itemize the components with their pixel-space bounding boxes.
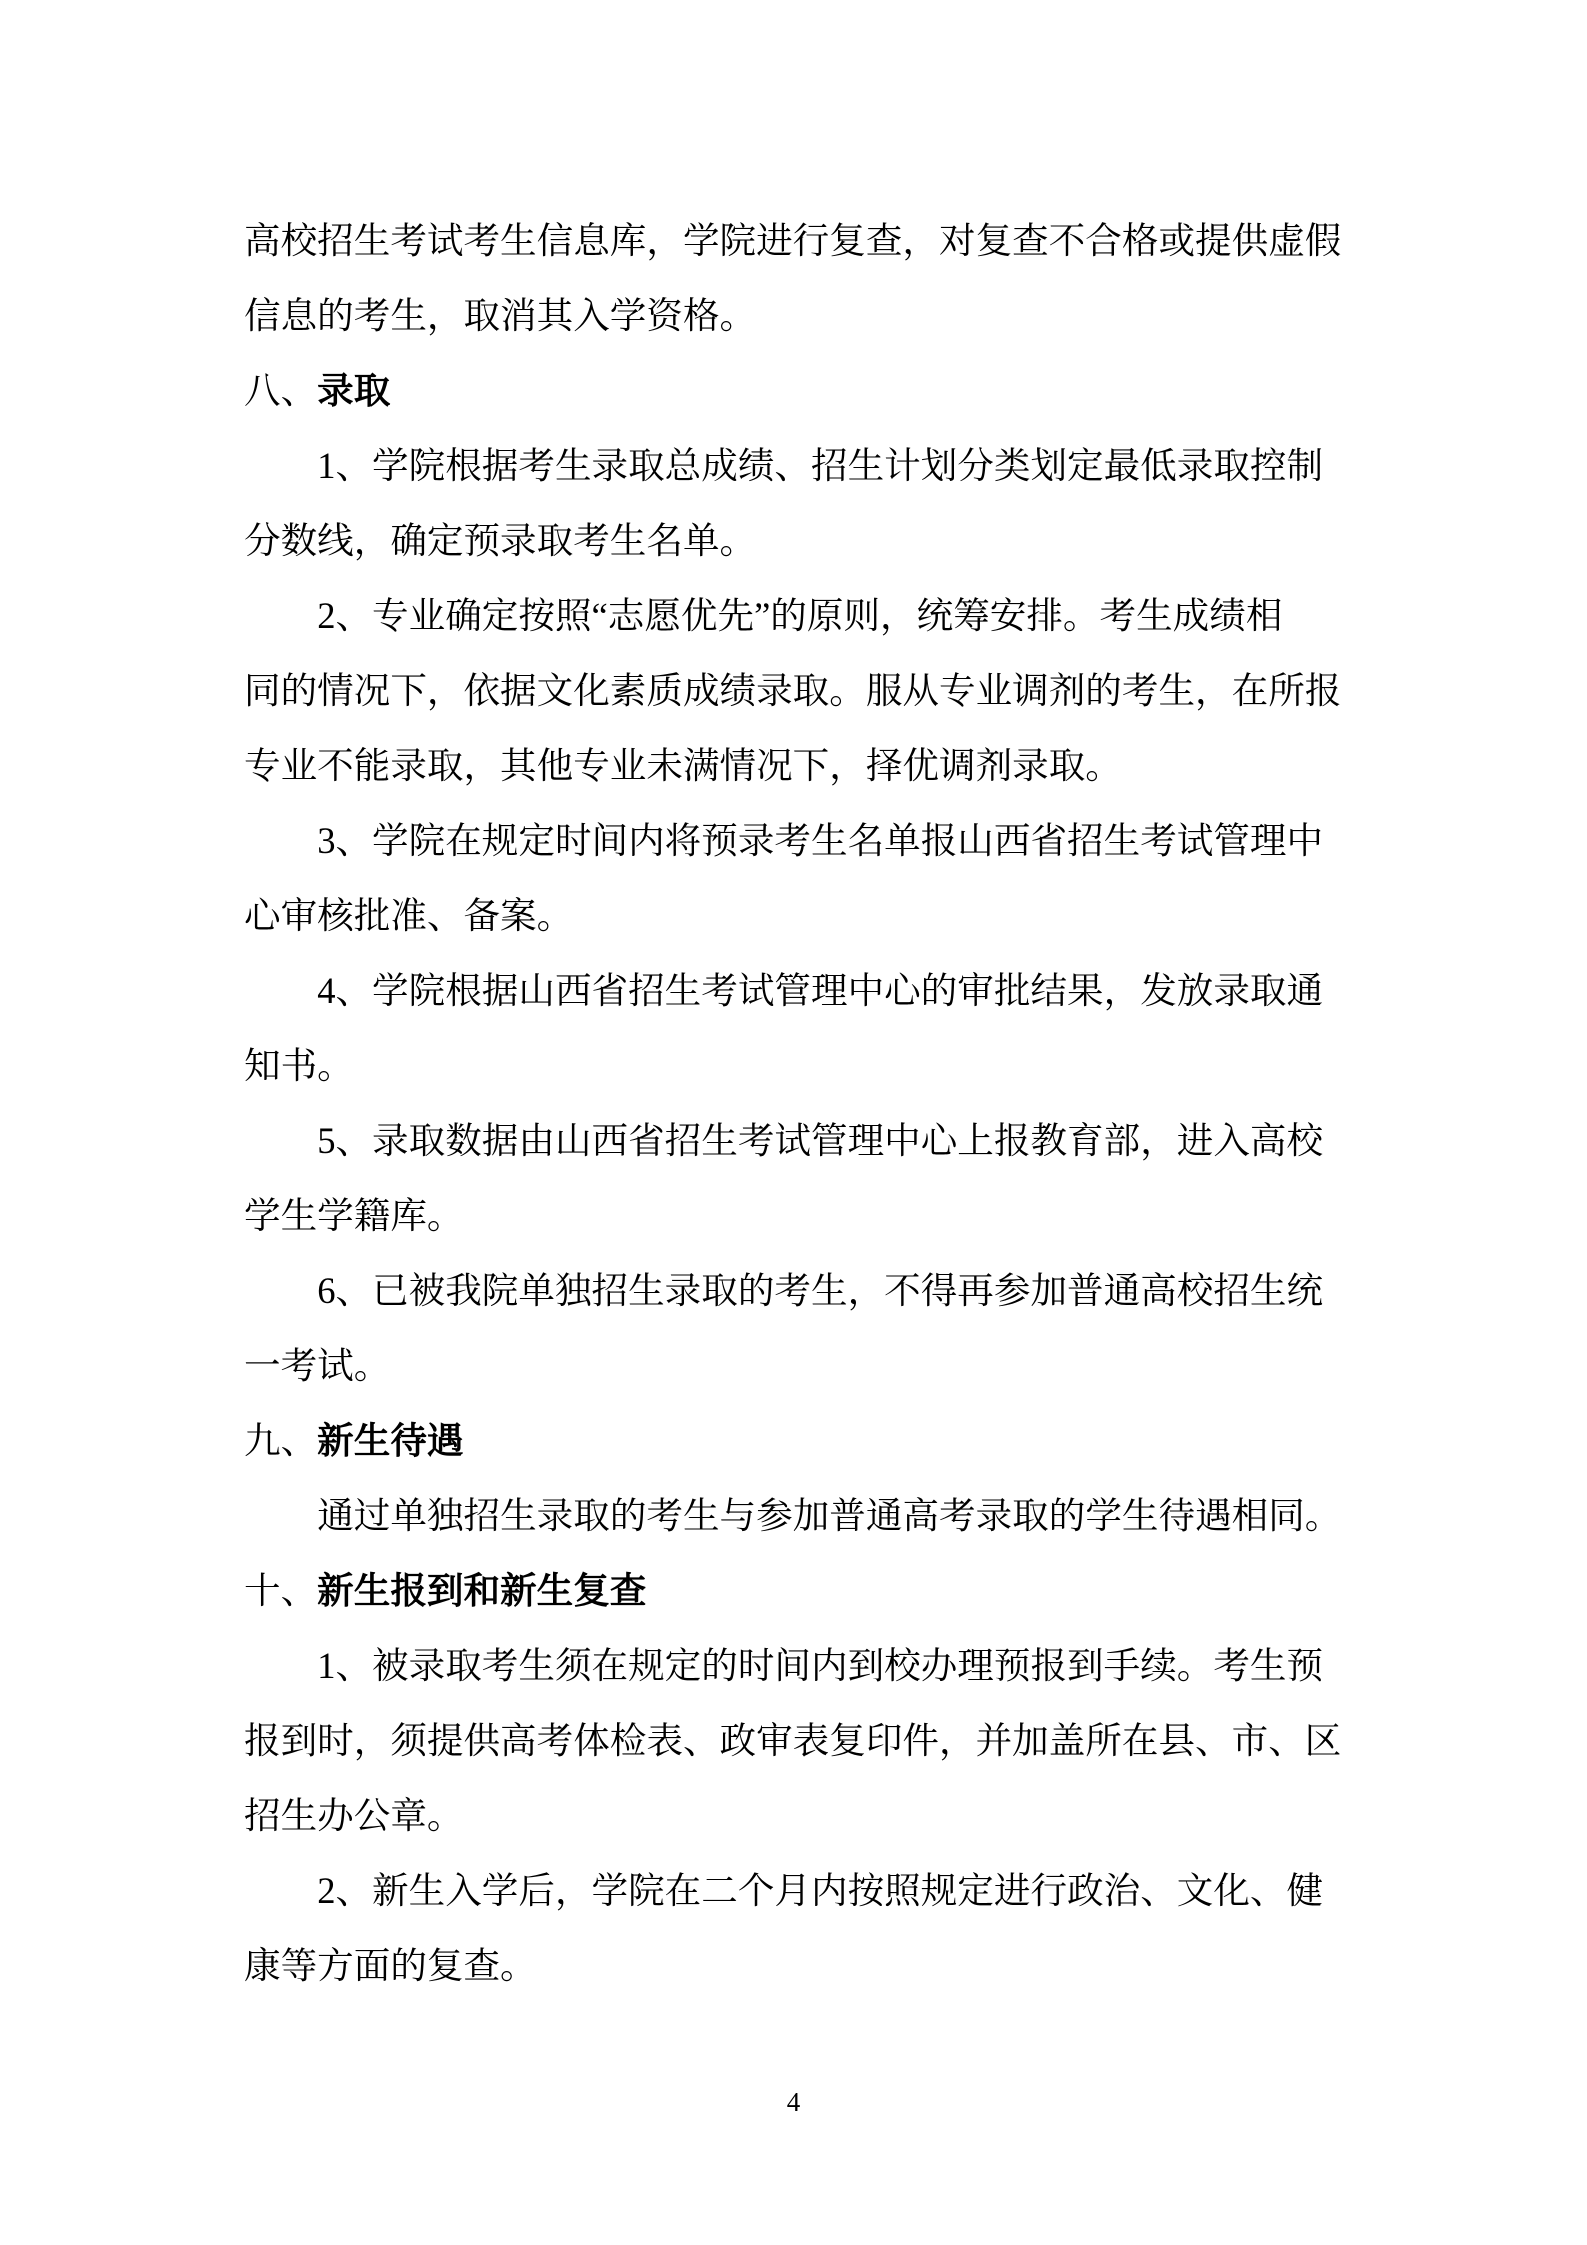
text-line: 1、被录取考生须在规定的时间内到校办理预报到手续。考生预 (244, 1628, 1344, 1703)
paragraph: 高校招生考试考生信息库，学院进行复查，对复查不合格或提供虚假信息的考生，取消其入… (244, 203, 1344, 353)
paragraph: 1、学院根据考生录取总成绩、招生计划分类划定最低录取控制分数线，确定预录取考生名… (244, 428, 1344, 578)
text-line: 分数线，确定预录取考生名单。 (244, 503, 1344, 578)
paragraph: 2、专业确定按照“志愿优先”的原则，统筹安排。考生成绩相同的情况下，依据文化素质… (244, 578, 1344, 803)
text-line: 信息的考生，取消其入学资格。 (244, 278, 1344, 353)
text-line: 招生办公章。 (244, 1778, 1344, 1853)
text-line: 报到时，须提供高考体检表、政审表复印件，并加盖所在县、市、区 (244, 1703, 1344, 1778)
text-line: 知书。 (244, 1028, 1344, 1103)
page-number: 4 (787, 2087, 801, 2117)
text-line: 高校招生考试考生信息库，学院进行复查，对复查不合格或提供虚假 (244, 203, 1344, 278)
heading-title: 新生报到和新生复查 (317, 1570, 646, 1611)
paragraph: 通过单独招生录取的考生与参加普通高考录取的学生待遇相同。 (244, 1478, 1344, 1553)
paragraph: 3、学院在规定时间内将预录考生名单报山西省招生考试管理中心审核批准、备案。 (244, 803, 1344, 953)
text-line: 4、学院根据山西省招生考试管理中心的审批结果，发放录取通 (244, 953, 1344, 1028)
text-line: 2、新生入学后，学院在二个月内按照规定进行政治、文化、健 (244, 1853, 1344, 1928)
text-line: 专业不能录取，其他专业未满情况下，择优调剂录取。 (244, 728, 1344, 803)
heading-number: 九、 (244, 1420, 317, 1461)
paragraph: 1、被录取考生须在规定的时间内到校办理预报到手续。考生预报到时，须提供高考体检表… (244, 1628, 1344, 1853)
section-heading: 九、新生待遇 (244, 1403, 1344, 1478)
paragraph: 5、录取数据由山西省招生考试管理中心上报教育部，进入高校学生学籍库。 (244, 1103, 1344, 1253)
heading-number: 十、 (244, 1570, 317, 1611)
text-line: 心审核批准、备案。 (244, 878, 1344, 953)
text-line: 2、专业确定按照“志愿优先”的原则，统筹安排。考生成绩相 (244, 578, 1344, 653)
paragraph: 4、学院根据山西省招生考试管理中心的审批结果，发放录取通知书。 (244, 953, 1344, 1103)
text-line: 同的情况下，依据文化素质成绩录取。服从专业调剂的考生，在所报 (244, 653, 1344, 728)
heading-title: 录取 (317, 370, 390, 411)
text-line: 康等方面的复查。 (244, 1928, 1344, 2003)
heading-title: 新生待遇 (317, 1420, 463, 1461)
text-line: 一考试。 (244, 1328, 1344, 1403)
text-line: 5、录取数据由山西省招生考试管理中心上报教育部，进入高校 (244, 1103, 1344, 1178)
paragraph: 6、已被我院单独招生录取的考生，不得再参加普通高校招生统一考试。 (244, 1253, 1344, 1403)
text-line: 通过单独招生录取的考生与参加普通高考录取的学生待遇相同。 (244, 1478, 1344, 1553)
text-line: 学生学籍库。 (244, 1178, 1344, 1253)
section-heading: 八、录取 (244, 353, 1344, 428)
page-footer: 4 (0, 2089, 1587, 2116)
text-line: 1、学院根据考生录取总成绩、招生计划分类划定最低录取控制 (244, 428, 1344, 503)
section-heading: 十、新生报到和新生复查 (244, 1553, 1344, 1628)
text-line: 6、已被我院单独招生录取的考生，不得再参加普通高校招生统 (244, 1253, 1344, 1328)
text-line: 3、学院在规定时间内将预录考生名单报山西省招生考试管理中 (244, 803, 1344, 878)
document-body: 高校招生考试考生信息库，学院进行复查，对复查不合格或提供虚假信息的考生，取消其入… (244, 203, 1344, 2003)
heading-number: 八、 (244, 370, 317, 411)
paragraph: 2、新生入学后，学院在二个月内按照规定进行政治、文化、健康等方面的复查。 (244, 1853, 1344, 2003)
